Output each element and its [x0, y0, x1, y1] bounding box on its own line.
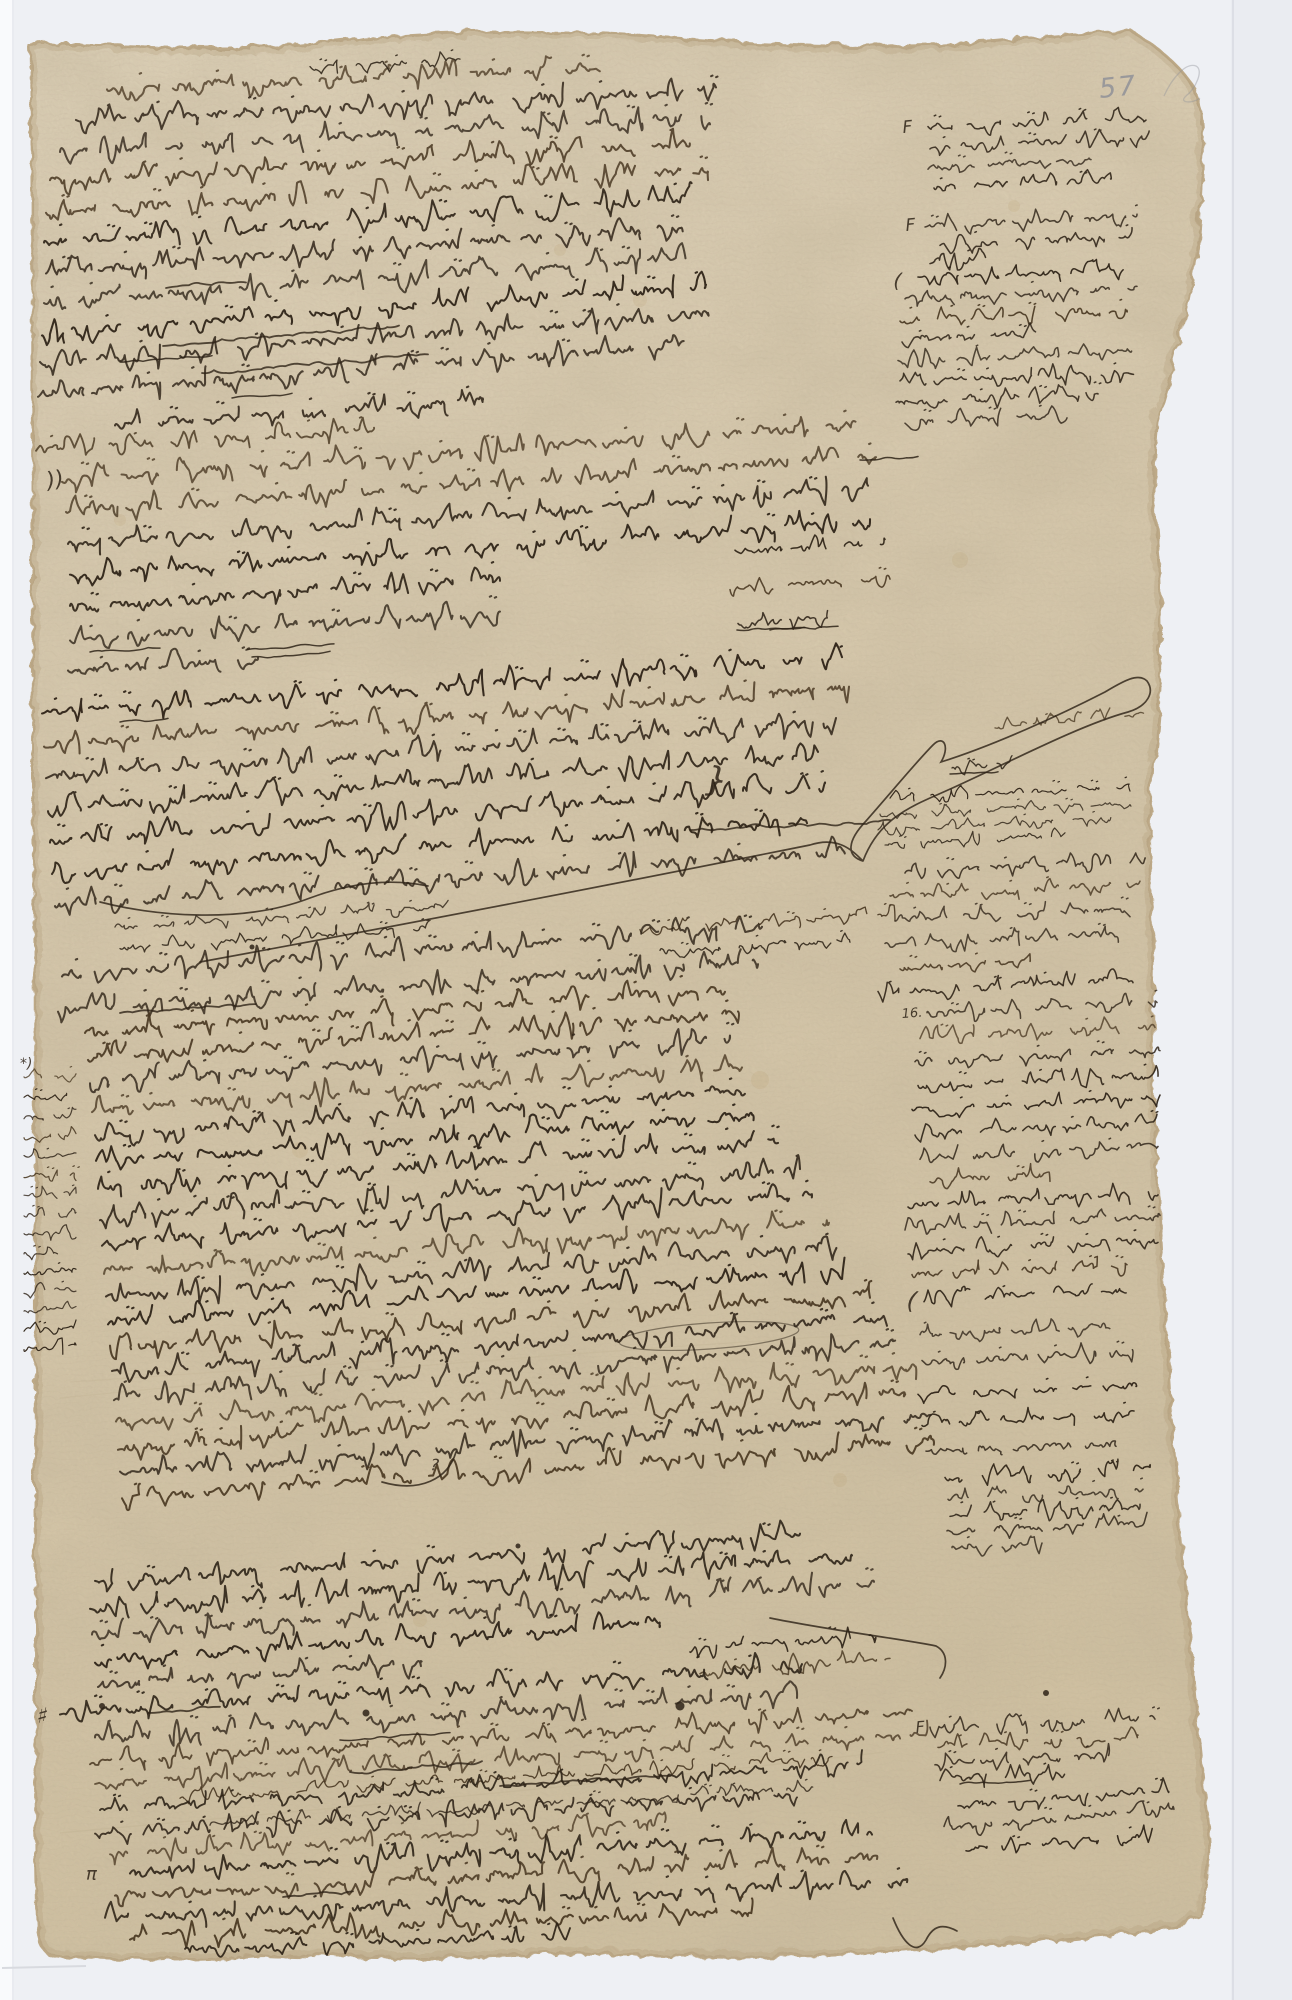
scanner-background-left-strip	[0, 0, 14, 2000]
foxing-spot	[1008, 200, 1020, 212]
editorial-mark-glyph: }	[704, 759, 730, 801]
foxing-spot	[633, 293, 647, 307]
ink-blot	[676, 1702, 685, 1711]
ink-blot	[363, 1710, 370, 1717]
editorial-mark-glyph: *)	[20, 1056, 32, 1072]
foxing-spot	[952, 552, 968, 568]
editorial-mark-glyph: F	[902, 117, 914, 138]
scanner-background-right-band	[1231, 0, 1292, 2000]
ink-blot	[1043, 1690, 1049, 1696]
foxing-spot	[751, 1071, 769, 1089]
editorial-mark-glyph: F	[905, 215, 917, 236]
foxing-spot	[554, 244, 566, 256]
editorial-mark-glyph: π	[86, 1864, 98, 1885]
ink-blot	[99, 1703, 105, 1709]
foxing-spot	[833, 1473, 847, 1487]
ink-blot	[250, 945, 255, 950]
page-number: 57	[1097, 70, 1138, 105]
scanned-manuscript-page: ))*)♯π}((FFF16.? 57	[0, 0, 1292, 2000]
ink-blot	[516, 1544, 521, 1549]
editorial-mark-glyph: 16.	[901, 1006, 923, 1022]
manuscript-scan-image: ))*)♯π}((FFF16.? 57	[0, 0, 1292, 2000]
